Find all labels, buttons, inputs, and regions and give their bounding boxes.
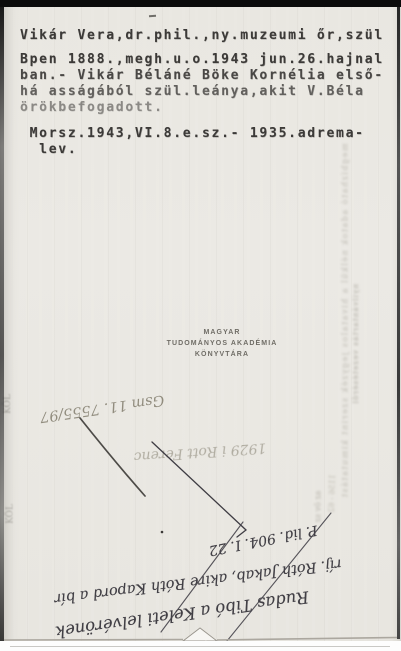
typed-line: örökbefogadott. bbox=[20, 100, 164, 115]
scan-border-left bbox=[0, 7, 4, 641]
stamp-line: KÖNYVTÁRA bbox=[157, 349, 287, 360]
handwritten-pencil-number: Gsm 11. 7555/97 bbox=[17, 388, 188, 428]
typed-line: Morsz.1943,VI.8.e.sz.- 1935.adrema- bbox=[20, 126, 365, 141]
scan-border-right bbox=[397, 7, 400, 639]
bleedthrough-text: nyilvántartás vezetéséről bbox=[351, 284, 360, 389]
bleedthrough-text: az öv sz bbox=[314, 472, 323, 542]
typed-line: lev. bbox=[20, 142, 77, 157]
bleedthrough-text: KÖL bbox=[6, 487, 16, 542]
bleedthrough-text: KÖL bbox=[3, 374, 13, 434]
bleedthrough-text: megbízható adatok nélkül a hivatalos jeg… bbox=[341, 144, 350, 394]
card-bottom-edge bbox=[217, 638, 397, 641]
handwritten-pencil-name: 1929 i Rott Ferenc bbox=[85, 436, 316, 468]
scan-border-top bbox=[0, 0, 401, 7]
typed-line: ban.- Vikár Béláné Böke Kornélia első- bbox=[20, 68, 384, 83]
library-stamp: MAGYAR TUDOMÁNYOS AKADÉMIA KÖNYVTÁRA bbox=[157, 327, 287, 360]
torn-notch bbox=[183, 628, 217, 641]
document-scan: Vikár Vera,dr.phil.,ny.muzeumi őr,szül B… bbox=[0, 0, 401, 651]
stamp-line: MAGYAR bbox=[157, 327, 287, 338]
scan-bottom-hairline bbox=[10, 646, 390, 647]
typed-line: Bpen 1888.,megh.u.o.1943 jun.26.hajnal bbox=[20, 52, 384, 67]
ink-dot bbox=[161, 531, 164, 534]
stray-dash-mark bbox=[149, 15, 156, 17]
stamp-line: TUDOMÁNYOS AKADÉMIA bbox=[157, 338, 287, 349]
typed-line: há asságából szül.leánya,akit V.Béla bbox=[20, 84, 365, 99]
typed-line: Vikár Vera,dr.phil.,ny.muzeumi őr,szül bbox=[20, 28, 384, 43]
catalog-card-paper: Vikár Vera,dr.phil.,ny.muzeumi őr,szül B… bbox=[0, 0, 401, 641]
